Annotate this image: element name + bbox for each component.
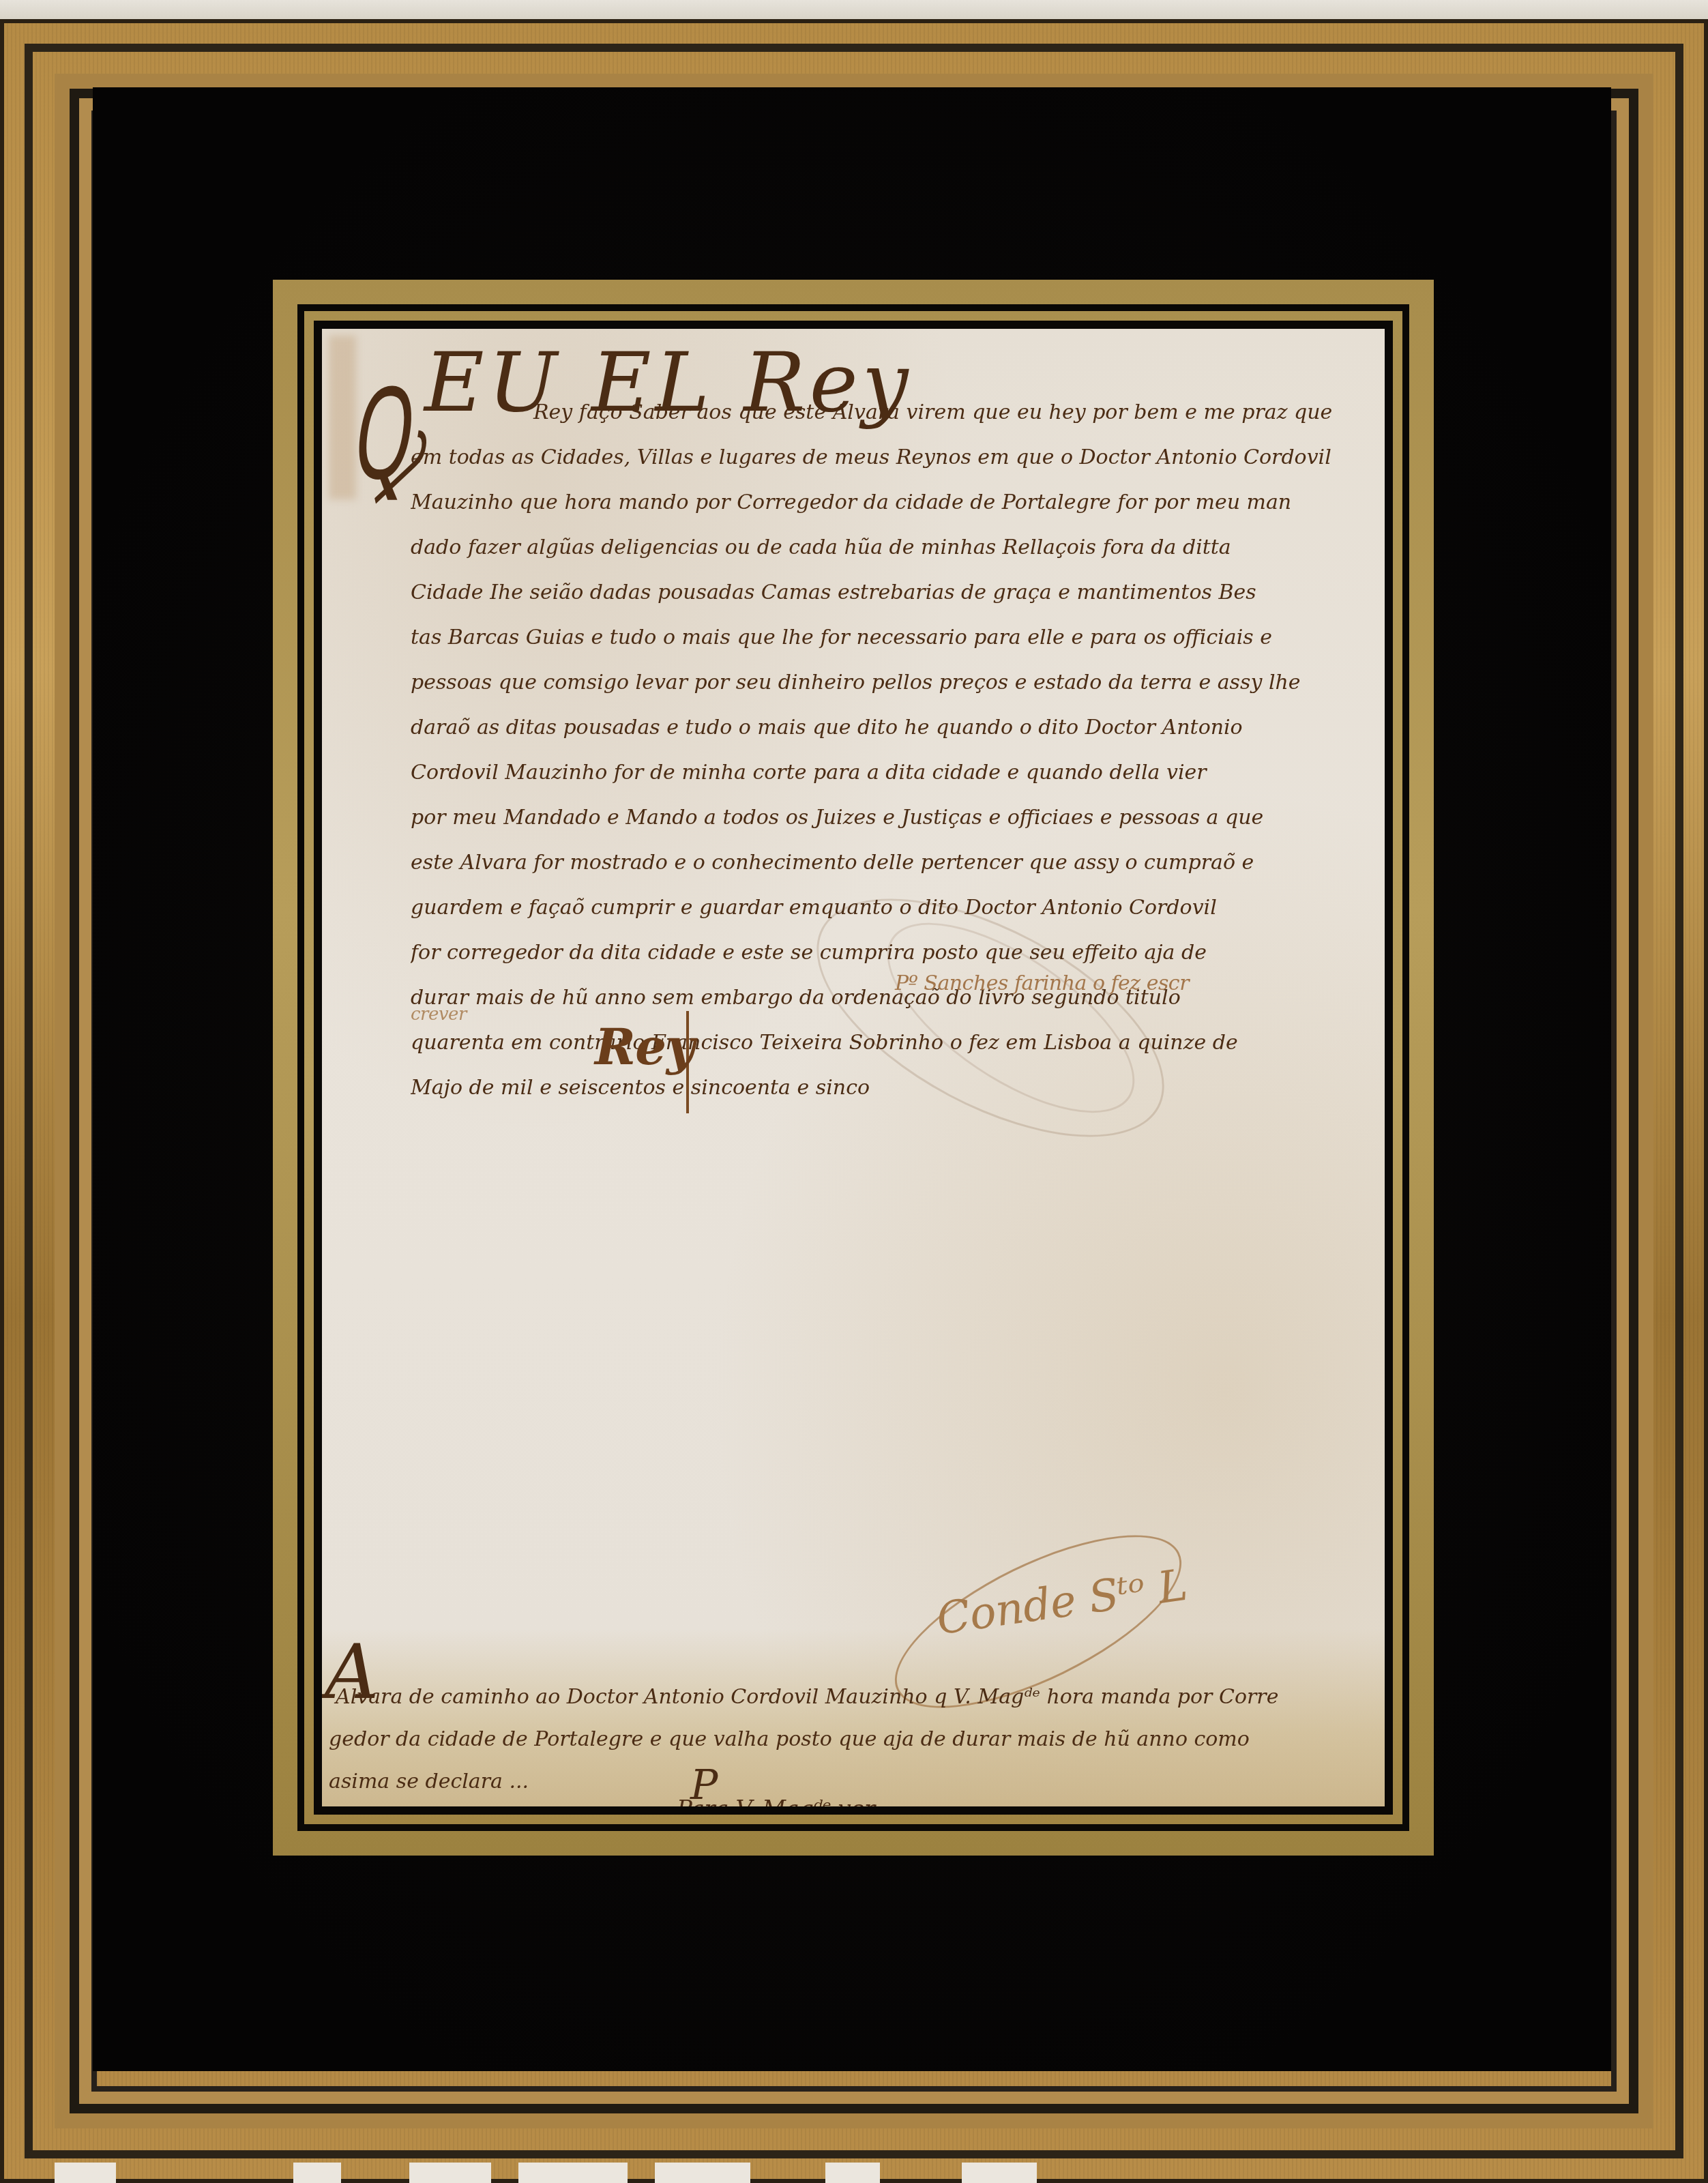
decree-line: este Alvara for mostrado e o conheciment…: [411, 840, 1372, 885]
summary-line: Alvara de caminho ao Doctor Antonio Cord…: [329, 1676, 1379, 1718]
peeling-paper-fragment: [962, 2163, 1037, 2183]
summary-line: gedor da cidade de Portalegre e que valh…: [329, 1718, 1379, 1761]
peeling-paper-fragment: [293, 2163, 341, 2183]
decree-line: Rey faço Saber aos que este Alvara virem…: [411, 390, 1372, 435]
decree-line: durar mais de hũ anno sem embargo da ord…: [411, 976, 1372, 1021]
peeling-paper-fragment: [655, 2163, 750, 2183]
peeling-paper-fragment: [55, 2163, 116, 2183]
manuscript-page: Ꝙ EU EL Rey Rey faço Saber aos que este …: [322, 329, 1385, 1806]
addressee-line: Para V. Magᵈᵉ ver: [677, 1796, 875, 1806]
decree-line: daraõ as ditas pousadas e tudo o mais qu…: [411, 705, 1372, 750]
decree-line: for corregedor da dita cidade e este se …: [411, 931, 1372, 976]
decree-line: quarenta em contrario Francisco Teixeira…: [411, 1021, 1372, 1066]
summary-initial: A: [325, 1628, 379, 1716]
decree-line: pessoas que comsigo levar por seu dinhei…: [411, 660, 1372, 705]
notary-annotation: Pº Sanches farinha o fez escr: [895, 971, 1189, 995]
decree-line: Cordovil Mauzinho for de minha corte par…: [411, 750, 1372, 795]
peeling-paper-fragment: [518, 2163, 628, 2183]
notary-annotation-continued: crever: [411, 1004, 467, 1025]
decree-line: Mauzinho que hora mando por Corregedor d…: [411, 480, 1372, 525]
decree-line: em todas as Cidades, Villas e lugares de…: [411, 435, 1372, 480]
decree-line: tas Barcas Guias e tudo o mais que lhe f…: [411, 615, 1372, 660]
peeling-paper-fragment: [825, 2163, 880, 2183]
endorsement-summary: A Alvara de caminho ao Doctor Antonio Co…: [329, 1676, 1379, 1803]
decree-line: por meu Mandado e Mando a todos os Juize…: [411, 795, 1372, 840]
decree-body: Rey faço Saber aos que este Alvara virem…: [411, 390, 1372, 1111]
decree-line: dado fazer algũas deligencias ou de cada…: [411, 525, 1372, 570]
royal-signature: Rey: [595, 1018, 694, 1076]
decree-line: Majo de mil e seiscentos e sincoenta e s…: [411, 1066, 1372, 1111]
decree-line: Cidade Ihe seião dadas pousadas Camas es…: [411, 570, 1372, 615]
peeling-paper-fragment: [409, 2163, 491, 2183]
decree-line: guardem e façaõ cumprir e guardar emquan…: [411, 885, 1372, 931]
